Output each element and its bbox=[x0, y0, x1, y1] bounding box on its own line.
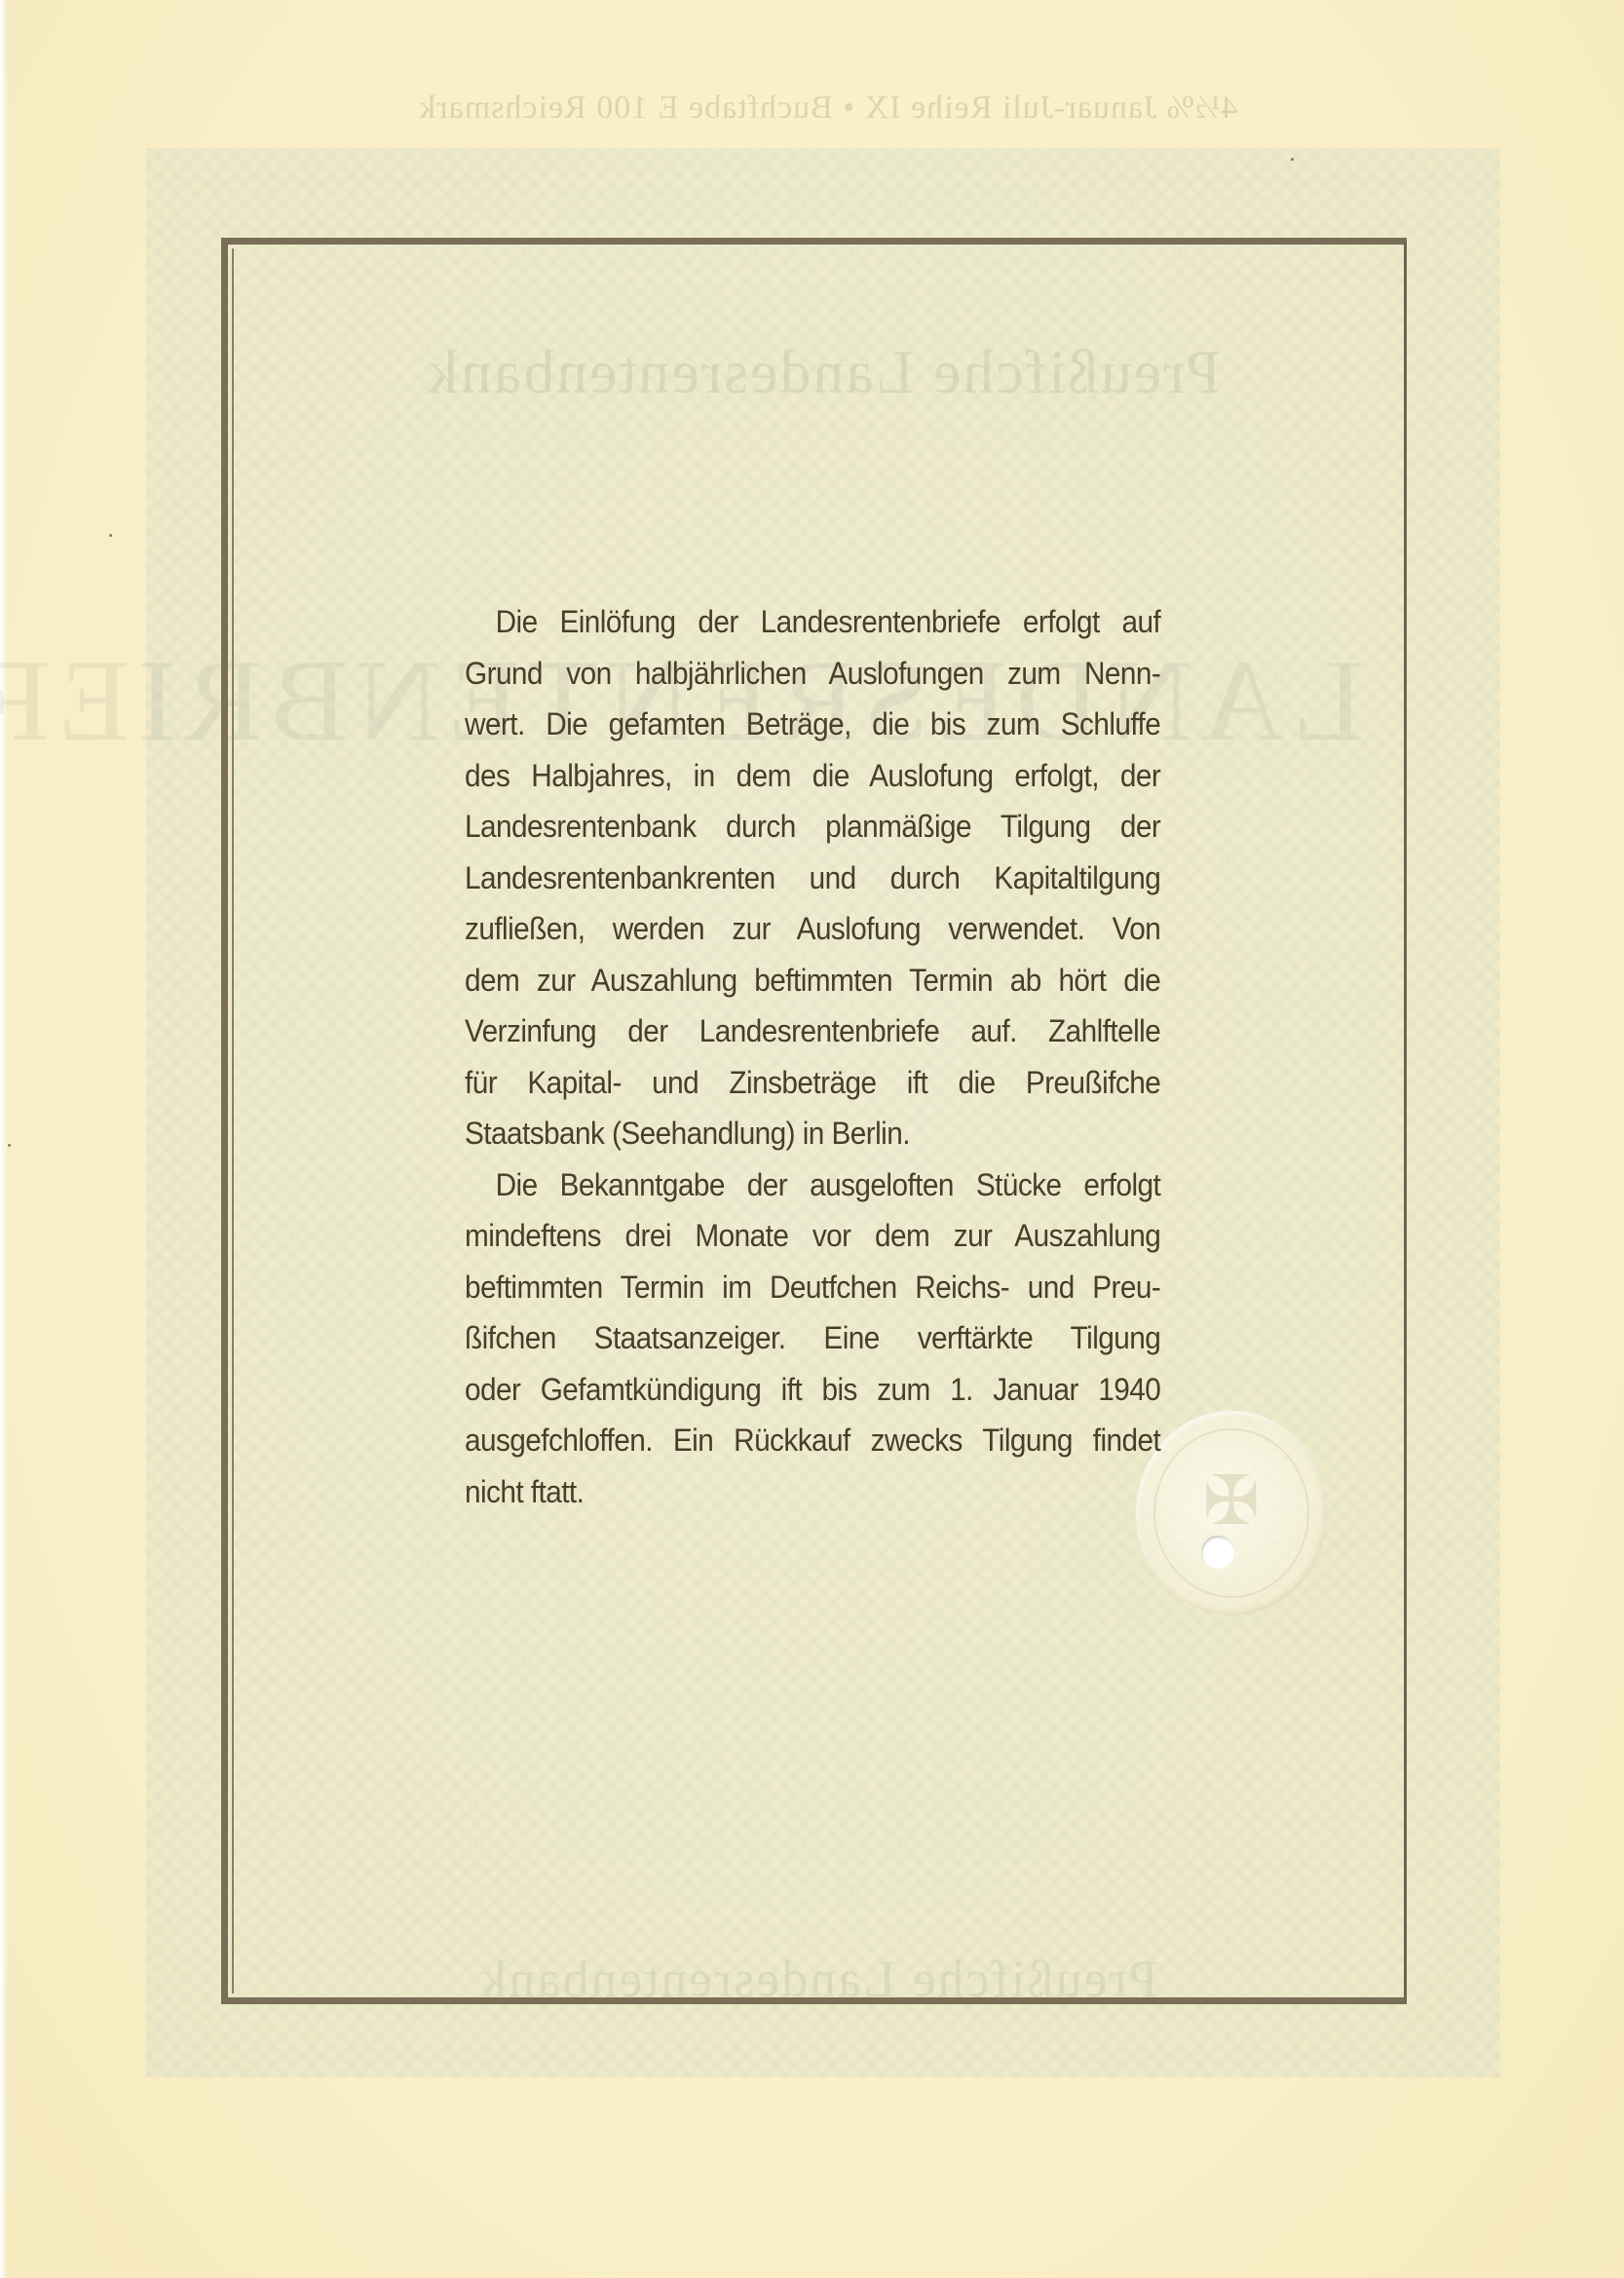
text-line: für Kapital- und Zinsbeträge ift die Pre… bbox=[465, 1057, 1160, 1109]
text-line: des Halbjahres, in dem die Auslofung erf… bbox=[465, 750, 1160, 802]
cancellation-punch-hole bbox=[1201, 1536, 1234, 1569]
eagle-emblem-icon: ✠ bbox=[1203, 1466, 1261, 1535]
paper-speck bbox=[8, 1144, 11, 1147]
text-line: Landesrentenbank durch planmäßige Tilgun… bbox=[465, 801, 1160, 853]
text-line: Die Einlöfung der Landesrentenbriefe erf… bbox=[465, 596, 1160, 648]
text-line: oder Gefamtkündigung ift bis zum 1. Janu… bbox=[465, 1364, 1160, 1416]
text-line: mindeftens drei Monate vor dem zur Ausza… bbox=[465, 1210, 1160, 1262]
text-line: dem zur Auszahlung beftimmten Termin ab … bbox=[465, 955, 1160, 1006]
text-line: Die Bekanntgabe der ausgeloften Stücke e… bbox=[465, 1159, 1160, 1211]
paper-speck bbox=[1291, 158, 1294, 161]
text-line: Landesrentenbankrenten und durch Kapital… bbox=[465, 853, 1160, 904]
text-line: Verzinfung der Landesrentenbriefe auf. Z… bbox=[465, 1006, 1160, 1057]
text-line: Staatsbank (Seehandlung) in Berlin. bbox=[465, 1108, 1160, 1159]
text-line: zufließen, werden zur Auslofung verwende… bbox=[465, 903, 1160, 955]
redemption-terms-text: Die Einlöfung der Landesrentenbriefe erf… bbox=[465, 596, 1160, 1517]
text-line: nicht ftatt. bbox=[465, 1466, 1160, 1518]
text-line: beftimmten Termin im Deutfchen Reichs- u… bbox=[465, 1262, 1160, 1313]
paper-edge bbox=[0, 0, 8, 2278]
show-through-header: 4½% Januar-Juli Reihe IX • Buchftabe E 1… bbox=[195, 90, 1461, 127]
paragraph-redemption: Die Einlöfung der Landesrentenbriefe erf… bbox=[465, 596, 1160, 1159]
embossed-seal: ✠ bbox=[1136, 1411, 1327, 1615]
text-line: wert. Die gefamten Beträge, die bis zum … bbox=[465, 699, 1160, 750]
text-line: ausgefchloffen. Ein Rückkauf zwecks Tilg… bbox=[465, 1415, 1160, 1466]
paper-speck bbox=[109, 534, 112, 537]
paragraph-announcement: Die Bekanntgabe der ausgeloften Stücke e… bbox=[465, 1159, 1160, 1518]
text-line: ßifchen Staatsanzeiger. Eine verftärkte … bbox=[465, 1312, 1160, 1364]
text-line: Grund von halbjährlichen Auslofungen zum… bbox=[465, 648, 1160, 700]
